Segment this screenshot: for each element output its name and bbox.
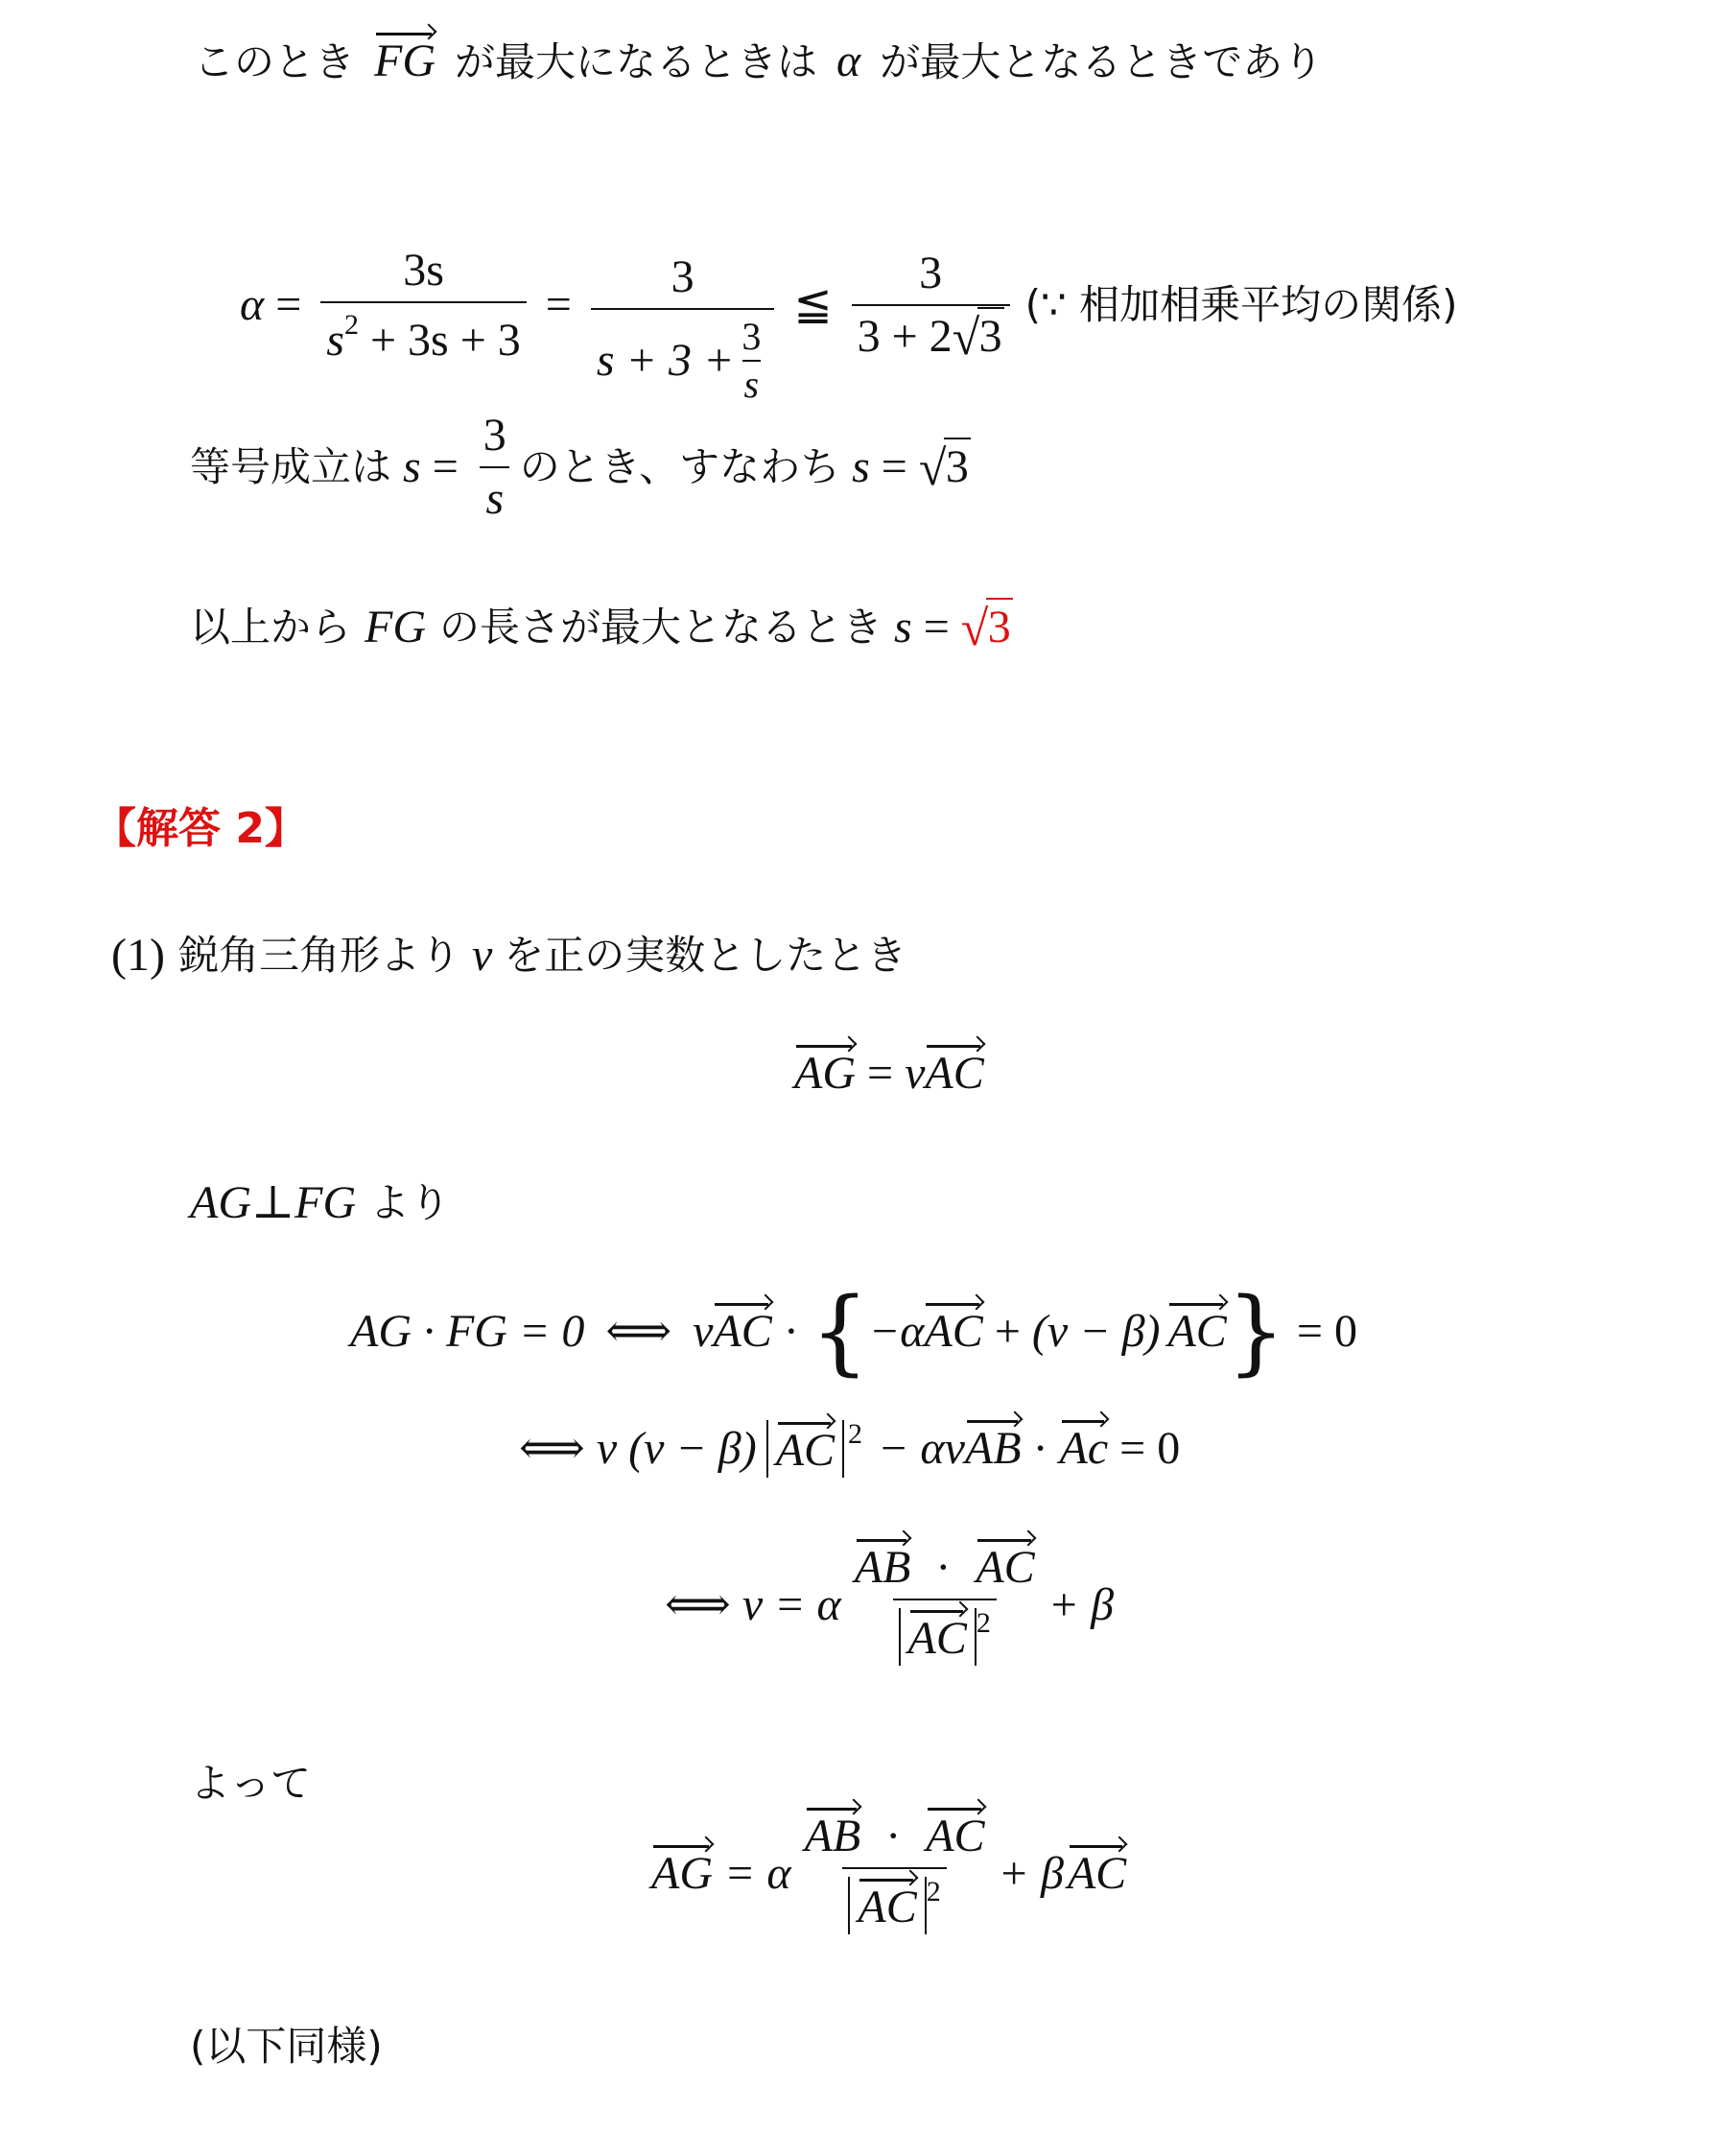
denominator-prefix: s + 3 + [597, 338, 734, 384]
perpendicular-line: AG⊥FG より [190, 1180, 450, 1226]
radicand: 3 [944, 438, 971, 492]
fraction-3s: 3s s2 + 3s + 3 [320, 248, 527, 364]
text: 鋭角三角形より [178, 936, 460, 976]
vector-ag: AG [651, 1851, 713, 1897]
denominator-rest: + 3s + 3 [370, 315, 521, 366]
footer-note: (以下同様) [190, 2026, 383, 2067]
plus: + [995, 1309, 1021, 1355]
numerator: 3 [666, 254, 700, 308]
text: 以上から [190, 607, 351, 648]
conclusion-line: 以上から FG の長さが最大となるとき s = √3 [190, 604, 1013, 651]
vector-ac: AC [1068, 1851, 1126, 1897]
equals: = [882, 444, 907, 490]
fraction-3-over-s: 3 s + 3 + 3 s [591, 254, 774, 404]
therefore-label: よって [190, 1764, 311, 1804]
numerator: 3 [913, 250, 948, 304]
magnitude-ac: AC [848, 1877, 926, 1934]
dot: · [1033, 1426, 1048, 1472]
text: が最大になるときは [455, 38, 817, 85]
perpendicular-statement: AG⊥FG [190, 1180, 356, 1226]
denominator-prefix: 3 + 2 [858, 311, 953, 362]
vector-ac: AC [713, 1309, 771, 1355]
text: の長さが最大となるとき [439, 607, 883, 648]
v-minus-beta: (v − β) [1032, 1309, 1161, 1355]
equation-row-2: ⟺ v (v − β) AC 2 − αv AB · Ac = 0 [519, 1420, 1180, 1478]
equals-alpha: = α [724, 1851, 791, 1897]
denominator: s [480, 466, 509, 522]
answer-sqrt-3: √3 [961, 604, 1013, 651]
equals-zero: = 0 [1119, 1426, 1180, 1472]
text: 等号成立は [190, 447, 391, 487]
vector-ab: AB [805, 1813, 861, 1860]
neg-alpha: −α [869, 1309, 925, 1355]
text: を正の実数としたとき [504, 936, 906, 976]
s-var: s [852, 444, 870, 490]
exponent: 2 [848, 1420, 862, 1449]
alpha-lhs: α [240, 282, 264, 328]
equals-zero: = 0 [1297, 1309, 1357, 1355]
v-times-v-minus-beta: v (v − β) [597, 1426, 757, 1472]
vector-ag: AG [794, 1051, 856, 1097]
numerator: AB · AC [799, 1813, 991, 1867]
text: より [369, 1183, 450, 1223]
radical-sign: √ [961, 604, 989, 654]
vector-ac: AC [926, 1813, 984, 1860]
equation-row-1: AG · FG = 0 ⟺ v AC · { −α AC + (v − β) A… [350, 1286, 1357, 1378]
part-label: (1) [111, 933, 165, 979]
magnitude-ac: AC [766, 1420, 844, 1478]
equals: = [433, 444, 459, 490]
plus-beta: + β [1048, 1582, 1114, 1628]
statement-line-1: このとき FG が最大になるときは α が最大となるときであり [194, 38, 1323, 84]
vector-ac-lower: Ac [1060, 1426, 1109, 1472]
numerator: AB · AC [849, 1545, 1041, 1599]
equals: = [275, 282, 301, 328]
vector-ac: AC [908, 1616, 967, 1662]
fraction-3-over-s: 3 s [478, 413, 512, 522]
vector-ac: AC [1167, 1309, 1226, 1355]
equals: = [546, 282, 572, 328]
dot: · [784, 1309, 799, 1355]
radicand: 3 [977, 307, 1004, 362]
sqrt-3: √3 [919, 444, 971, 490]
right-brace: } [1227, 1286, 1285, 1378]
part-1-intro: (1) 鋭角三角形より v を正の実数としたとき [111, 933, 906, 979]
magnitude-ac: AC [899, 1608, 977, 1666]
plus-beta: + β [999, 1851, 1064, 1897]
fg-segment: FG [365, 604, 426, 651]
text: このとき [194, 38, 355, 85]
dot-product-zero: AG · FG = 0 [350, 1309, 584, 1355]
denominator: AC2 [893, 1599, 997, 1666]
exponent: 2 [344, 309, 359, 341]
projection-fraction: AB · AC AC2 [799, 1813, 991, 1934]
radicand: 3 [986, 598, 1013, 652]
section-heading: 【解答 2】 [94, 808, 307, 850]
dot: · [885, 1811, 901, 1861]
numerator: 3 [740, 318, 763, 360]
vector-fg: FG [374, 38, 435, 84]
vector-ac: AC [924, 1309, 982, 1355]
denominator: 3 + 2√3 [852, 304, 1010, 360]
inner-fraction: 3 s [740, 318, 763, 404]
am-gm-note: (∵ 相加相乗平均の関係) [1025, 285, 1458, 325]
iff-arrow: ⟺ [665, 1582, 731, 1628]
exponent: 2 [977, 1607, 991, 1639]
numerator: 3s [397, 248, 450, 301]
v-var: v [905, 1051, 925, 1097]
v-equals-alpha: v = α [742, 1582, 841, 1628]
v-var: v [693, 1309, 713, 1355]
vector-ab: AB [855, 1545, 911, 1591]
exponent: 2 [927, 1876, 941, 1907]
vector-ac: AC [925, 1051, 983, 1097]
dot: · [935, 1542, 951, 1593]
radical-sign: √ [953, 314, 980, 364]
fraction-bound: 3 3 + 2√3 [852, 250, 1010, 360]
s-var: s [403, 444, 421, 490]
vector-ac: AC [858, 1884, 916, 1931]
final-equation: AG = α AB · AC AC2 + β AC [651, 1813, 1126, 1934]
alpha-inequality: α = 3s s2 + 3s + 3 = 3 s + 3 + 3 s ≦ 3 3… [240, 206, 1458, 404]
projection-fraction: AB · AC AC2 [849, 1545, 1041, 1666]
equals: = [924, 604, 950, 651]
v-var: v [472, 933, 492, 979]
text: のとき、すなわち [520, 447, 840, 487]
equality-condition: 等号成立は s = 3 s のとき、すなわち s = √3 [190, 413, 971, 522]
sqrt: √3 [953, 314, 1004, 360]
text: が最大となるときであり [880, 38, 1323, 85]
numerator: 3 [478, 413, 512, 466]
alpha-symbol: α [836, 36, 860, 86]
vector-ac: AC [976, 1545, 1034, 1591]
numerator-text: 3s [403, 245, 444, 296]
denominator: s [742, 360, 762, 404]
denominator: AC2 [842, 1867, 946, 1934]
equation-row-3: ⟺ v = α AB · AC AC2 + β [665, 1545, 1114, 1666]
radical-sign: √ [919, 444, 947, 494]
iff-arrow: ⟺ [519, 1426, 585, 1472]
iff-arrow: ⟺ [605, 1309, 671, 1355]
vector-ab: AB [965, 1426, 1022, 1472]
equation-ag: AG = v AC [794, 1051, 984, 1097]
denominator: s + 3 + 3 s [591, 308, 774, 404]
s-var: s [894, 604, 912, 651]
s-var: s [326, 315, 344, 366]
minus-alpha-v: − αv [878, 1426, 965, 1472]
vector-ac: AC [776, 1428, 835, 1474]
less-or-equal: ≦ [793, 282, 832, 328]
left-brace: { [811, 1286, 869, 1378]
denominator: s2 + 3s + 3 [320, 301, 527, 364]
equals: = [867, 1051, 893, 1097]
